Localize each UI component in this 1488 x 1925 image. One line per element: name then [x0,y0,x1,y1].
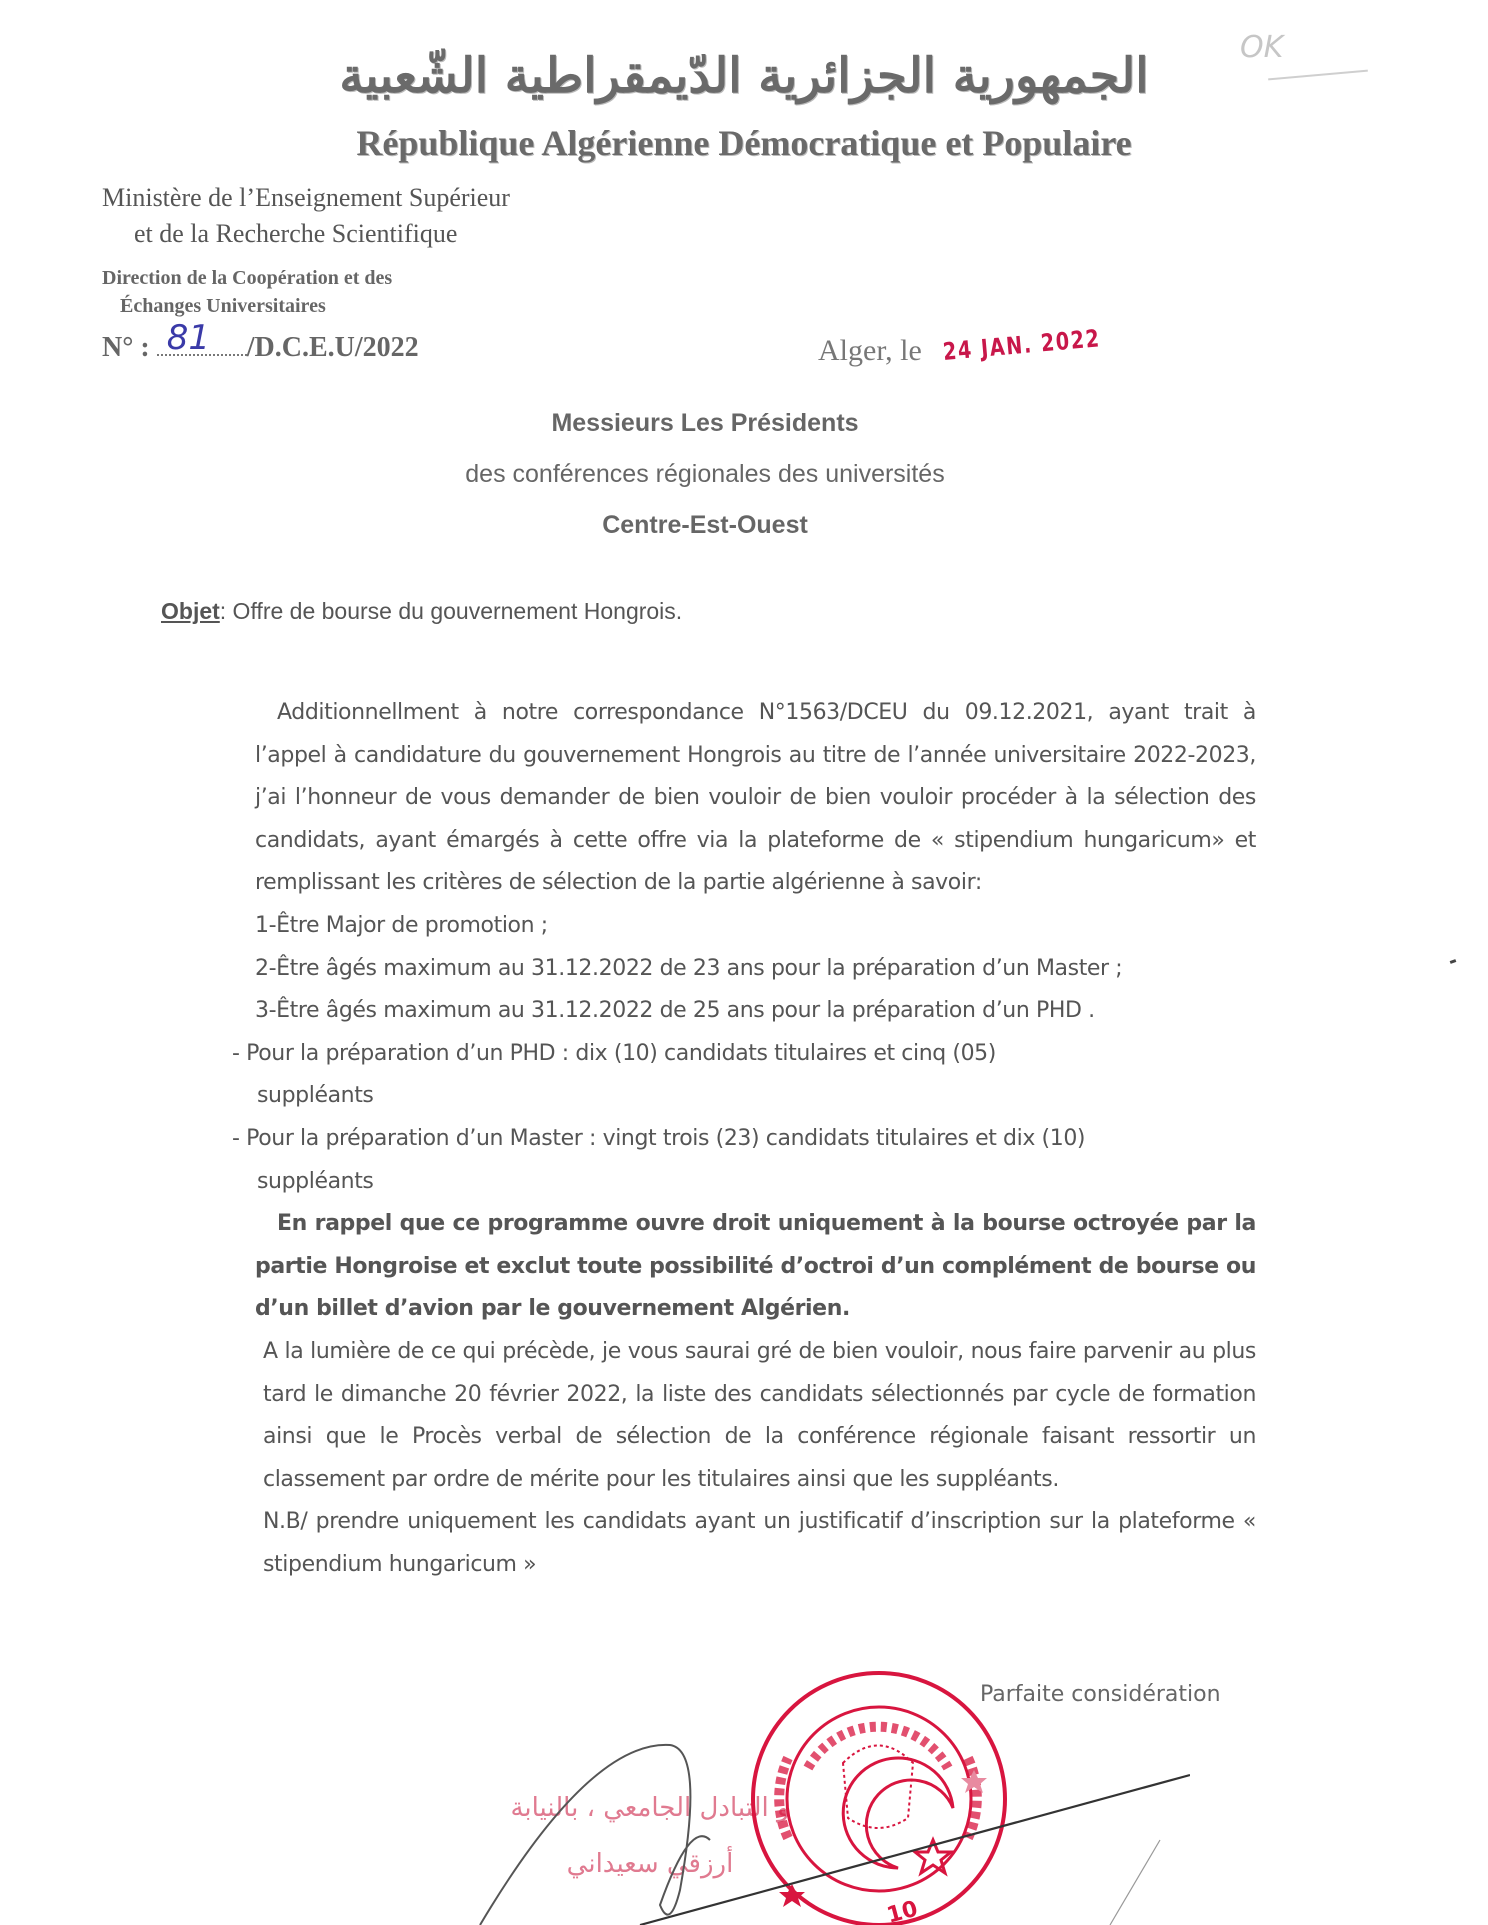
reference-number-field: 81 [157,332,247,356]
subject-line: Objet: Offre de bourse du gouvernement H… [161,598,682,625]
direction-name: Direction de la Coopération et des Échan… [102,264,392,320]
reference-suffix: /D.C.E.U/2022 [247,332,419,363]
reference-prefix: N° : [102,332,150,363]
reference-number: N° : 81/D.C.E.U/2022 [102,332,419,364]
request-paragraph: A la lumière de ce qui précède, je vous … [255,1331,1256,1501]
ministry-line-2: et de la Recherche Scientifique [102,216,510,252]
date-line: Alger, le 24 JAN. 2022 [818,334,1141,368]
french-republic-title: République Algérienne Démocratique et Po… [0,122,1488,164]
criterion-item: 3-Être âgés maximum au 31.12.2022 de 25 … [255,990,1256,1033]
nb-paragraph: N.B/ prendre uniquement les candidats ay… [255,1501,1256,1586]
ministry-line-1: Ministère de l’Enseignement Supérieur [102,180,510,216]
quota-item-phd: - Pour la préparation d’un PHD : dix (10… [220,1033,1256,1118]
reminder-paragraph: En rappel que ce programme ouvre droit u… [255,1203,1256,1331]
quota-continuation: suppléants [232,1075,1256,1118]
scan-speck [1450,959,1457,964]
handwritten-signature-icon [470,1720,1190,1925]
direction-line-1: Direction de la Coopération et des [102,264,392,292]
criterion-item: 1-Être Major de promotion ; [255,905,1256,948]
ministry-name: Ministère de l’Enseignement Supérieur et… [102,180,510,252]
quota-continuation: suppléants [232,1161,1256,1204]
quota-item-master: - Pour la préparation d’un Master : ving… [220,1118,1256,1203]
date-stamp: 24 JAN. 2022 [942,324,1102,366]
handwritten-number: 81 [167,318,210,358]
recipient-block: Messieurs Les Présidents des conférences… [0,398,1410,551]
quota-text: - Pour la préparation d’un Master : ving… [232,1126,1085,1151]
recipient-line-1: Messieurs Les Présidents [0,398,1410,449]
subject-text: : Offre de bourse du gouvernement Hongro… [220,598,682,624]
recipient-line-3: Centre-Est-Ouest [0,500,1410,551]
closing-formula: Parfaite considération [980,1682,1221,1707]
margin-note-ok: OK [1240,30,1283,65]
subject-label: Objet [161,598,220,624]
criterion-item: 2-Être âgés maximum au 31.12.2022 de 23 … [255,948,1256,991]
letter-body: Additionnellment à notre correspondance … [255,692,1256,1586]
recipient-line-2: des conférences régionales des universit… [0,449,1410,500]
quota-text: - Pour la préparation d’un PHD : dix (10… [232,1041,996,1066]
intro-paragraph: Additionnellment à notre correspondance … [255,692,1256,905]
direction-line-2: Échanges Universitaires [102,292,392,320]
date-prefix: Alger, le [818,334,922,367]
